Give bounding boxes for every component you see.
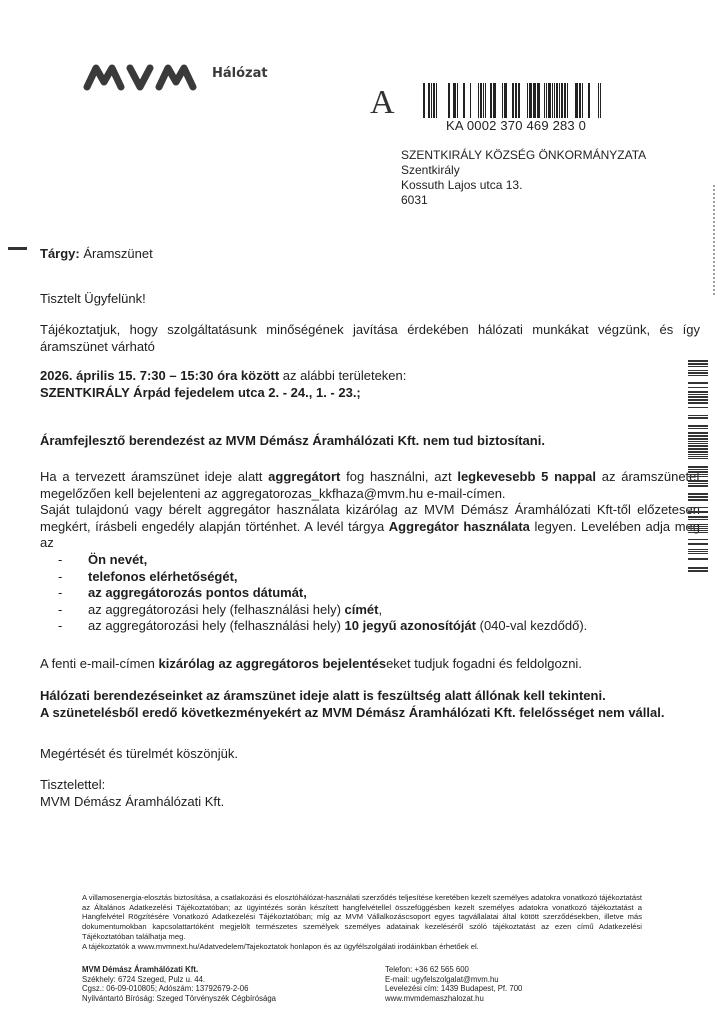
recipient-postcode: 6031 xyxy=(401,193,646,208)
closing: Tisztelettel: xyxy=(40,777,700,794)
warning-line-1: Hálózati berendezéseinket az áramszünet … xyxy=(40,688,606,703)
recipient-address: SZENTKIRÁLY KÖZSÉG ÖNKORMÁNYZATA Szentki… xyxy=(401,148,646,208)
footer-court: Nyilvántartó Bíróság: Szeged Törvényszék… xyxy=(82,994,276,1004)
safety-warning: Hálózati berendezéseinket az áramszünet … xyxy=(40,688,700,721)
outage-details: 2026. április 15. 7:30 – 15:30 óra közöt… xyxy=(40,368,700,401)
mail-class-letter: A xyxy=(370,84,395,122)
list-item-bold: címét xyxy=(345,602,379,617)
signature: MVM Démász Áramhálózati Kft. xyxy=(40,794,700,811)
list-item-plain: az aggregátorozási hely (felhasználási h… xyxy=(88,602,345,617)
privacy-text: A villamosenergia-elosztás biztosítása, … xyxy=(82,893,642,942)
side-barcode xyxy=(688,360,708,575)
logo-subtitle: Hálózat xyxy=(212,66,268,81)
p2-bold-subject: Aggregátor használata xyxy=(389,519,530,534)
list-item: -az aggregátorozás pontos dátumát, xyxy=(58,585,587,602)
list-item-tail: , xyxy=(379,602,383,617)
generator-paragraph-2: Saját tulajdonú vagy bérelt aggregátor h… xyxy=(40,502,700,552)
closing-block: Tisztelettel: MVM Démász Áramhálózati Kf… xyxy=(40,777,700,810)
generator-notice: Áramfejlesztő berendezést az MVM Démász … xyxy=(40,433,700,450)
greeting: Tisztelt Ügyfelünk! xyxy=(40,291,700,308)
list-item-bold: Ön nevét, xyxy=(88,552,147,567)
list-item-tail: (040-val kezdődő). xyxy=(476,618,587,633)
list-item: -telefonos elérhetőségét, xyxy=(58,569,587,586)
subject-line: Tárgy: Áramszünet xyxy=(40,246,153,261)
recipient-name: SZENTKIRÁLY KÖZSÉG ÖNKORMÁNYZATA xyxy=(401,148,646,163)
footer-phone: Telefon: +36 62 565 600 xyxy=(385,965,522,975)
p3-text: A fenti e-mail-címen xyxy=(40,656,159,671)
thanks-line: Megértését és türelmét köszönjük. xyxy=(40,746,700,763)
email-restriction-paragraph: A fenti e-mail-címen kizárólag az aggreg… xyxy=(40,656,700,673)
p3-text-2: eket tudjuk fogadni és feldolgozni. xyxy=(386,656,582,671)
list-item: -az aggregátorozási hely (felhasználási … xyxy=(58,602,587,619)
outage-time: 2026. április 15. 7:30 – 15:30 óra közöt… xyxy=(40,368,279,383)
subject-label: Tárgy: xyxy=(40,246,80,261)
footer-seat: Székhely: 6724 Szeged, Pulz u. 44. xyxy=(82,975,276,985)
list-dash: - xyxy=(58,618,88,635)
list-dash: - xyxy=(58,585,88,602)
privacy-text-2: A tájékoztatók a www.mvmnext.hu/Adatvede… xyxy=(82,942,642,952)
outage-time-suffix: az alábbi területeken: xyxy=(279,368,406,383)
p1-bold-aggregator: aggregátort xyxy=(268,469,340,484)
postal-barcode xyxy=(423,83,610,118)
list-dash: - xyxy=(58,602,88,619)
outage-area: SZENTKIRÁLY Árpád fejedelem utca 2. - 24… xyxy=(40,385,361,400)
p1-bold-deadline: legkevesebb 5 nappal xyxy=(457,469,596,484)
fold-mark xyxy=(8,247,27,250)
list-item-plain: az aggregátorozási hely (felhasználási h… xyxy=(88,618,345,633)
footer-website: www.mvmdemaszhalozat.hu xyxy=(385,994,522,1004)
list-dash: - xyxy=(58,552,88,569)
list-item: -Ön nevét, xyxy=(58,552,587,569)
subject-text: Áramszünet xyxy=(83,246,152,261)
barcode-number: KA 0002 370 469 283 0 xyxy=(446,118,586,133)
side-dotted-mark xyxy=(713,185,715,295)
contact-info: Telefon: +36 62 565 600 E-mail: ugyfelsz… xyxy=(385,965,522,1003)
generator-notice-text: Áramfejlesztő berendezést az MVM Démász … xyxy=(40,433,545,448)
required-info-list: -Ön nevét,-telefonos elérhetőségét,-az a… xyxy=(58,552,587,635)
list-dash: - xyxy=(58,569,88,586)
p3-bold: kizárólag az aggregátoros bejelentés xyxy=(159,656,387,671)
footer-company-name: MVM Démász Áramhálózati Kft. xyxy=(82,965,198,974)
footer-postal: Levelezési cím: 1439 Budapest, Pf. 700 xyxy=(385,984,522,994)
intro-paragraph: Tájékoztatjuk, hogy szolgáltatásunk minő… xyxy=(40,322,700,355)
mvm-logo xyxy=(82,60,198,97)
recipient-city: Szentkirály xyxy=(401,163,646,178)
list-item: -az aggregátorozási hely (felhasználási … xyxy=(58,618,587,635)
p1-text: Ha a tervezett áramszünet ideje alatt xyxy=(40,469,268,484)
privacy-notice: A villamosenergia-elosztás biztosítása, … xyxy=(82,893,642,951)
list-item-bold: 10 jegyű azonosítóját xyxy=(345,618,476,633)
footer-email: E-mail: ugyfelszolgalat@mvm.hu xyxy=(385,975,522,985)
generator-paragraph-1: Ha a tervezett áramszünet ideje alatt ag… xyxy=(40,469,700,502)
company-info: MVM Démász Áramhálózati Kft. Székhely: 6… xyxy=(82,965,276,1003)
list-item-bold: telefonos elérhetőségét, xyxy=(88,569,238,584)
list-item-bold: az aggregátorozás pontos dátumát, xyxy=(88,585,307,600)
mvm-logo-icon xyxy=(82,60,198,92)
footer-registry: Cgsz.: 06-09-010805; Adószám: 13792679-2… xyxy=(82,984,276,994)
warning-line-2: A szünetelésből eredő következményekért … xyxy=(40,705,664,720)
p1-text-2: fog használni, azt xyxy=(340,469,457,484)
recipient-street: Kossuth Lajos utca 13. xyxy=(401,178,646,193)
